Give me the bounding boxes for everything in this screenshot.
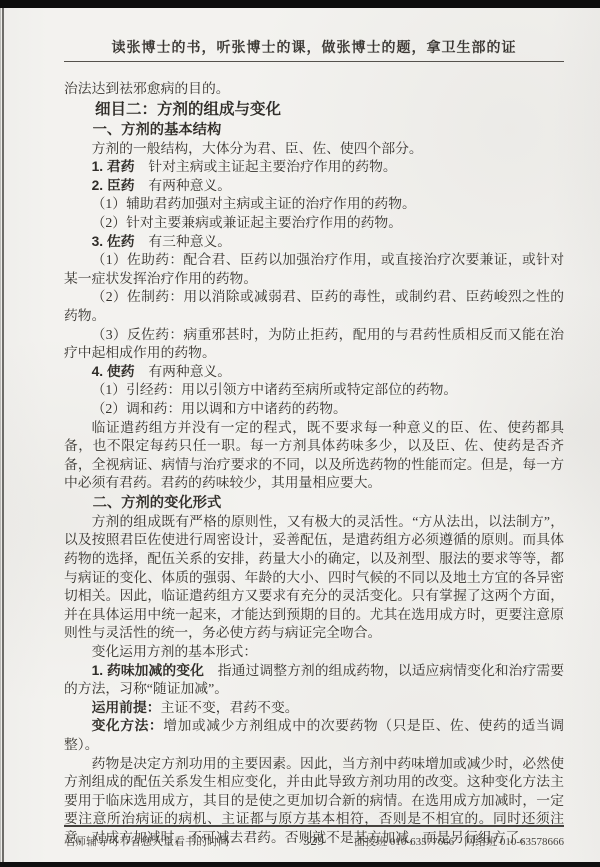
term-label: 1. 药味加减的变化 <box>92 663 204 678</box>
paragraph: （1）佐助药：配合君、臣药以加强治疗作用，或直接治疗次要兼证，或针对某一症状发挥… <box>64 251 564 288</box>
header-slogan: 读张博士的书，听张博士的课，做张博士的题，拿卫生部的证 <box>64 37 564 57</box>
term-label: 4. 使药 <box>92 364 135 379</box>
paragraph: 变化运用方剂的基本形式： <box>64 643 564 662</box>
sub-heading: 二、方剂的变化形式 <box>64 493 564 513</box>
page-body: 治法达到祛邪愈病的目的。 细目二：方剂的组成与变化 一、方剂的基本结构 方剂的一… <box>64 80 564 848</box>
term-paragraph: 4. 使药 有两种意义。 <box>64 363 564 382</box>
footer: 名师辅导可节省您大量看书的时间 329 面授班 010-63577666网络班 … <box>64 833 564 849</box>
scan-edge-left <box>2 8 4 862</box>
scan-edge-top <box>0 0 600 8</box>
footer-contact-net: 网络班 010-63578666 <box>464 836 564 848</box>
paragraph: 方剂的组成既有严格的原则性，又有极大的灵活性。“方从法出，以法制方”，以及按照君… <box>64 513 564 643</box>
paragraph: （1）引经药：用以引领方中诸药至病所或特定部位的药物。 <box>64 381 564 400</box>
paragraph: （2）针对主要兼病或兼证起主要治疗作用的药物。 <box>64 214 564 233</box>
header-rule <box>64 61 564 62</box>
term-paragraph: 变化方法：增加或减少方剂组成中的次要药物（只是臣、佐、使药的适当调整）。 <box>64 717 564 754</box>
scan-edge-bottom <box>0 862 600 867</box>
footer-contact-face: 面授班 010-63577666 <box>354 836 454 848</box>
paragraph-continuation: 治法达到祛邪愈病的目的。 <box>64 80 564 99</box>
term-label: 3. 佐药 <box>92 234 135 249</box>
footer-left-slogan: 名师辅导可节省您大量看书的时间 <box>64 833 293 849</box>
term-label: 2. 臣药 <box>92 178 135 193</box>
term-paragraph: 1. 药味加减的变化 指通过调整方剂的组成药物，以适应病情变化和治疗需要的方法，… <box>64 662 564 699</box>
paragraph: （2）佐制药：用以消除或减弱君、臣药的毒性，或制约君、臣药峻烈之性的药物。 <box>64 288 564 325</box>
footer-contact: 面授班 010-63577666网络班 010-63578666 <box>335 833 564 849</box>
paragraph: 方剂的一般结构，大体分为君、臣、佐、使四个部分。 <box>64 140 564 159</box>
paragraph: 临证遣药组方并没有一定的程式，既不要求每一种意义的臣、佐、使药都具备，也不限定每… <box>64 419 564 493</box>
term-paragraph: 3. 佐药 有三种意义。 <box>64 233 564 252</box>
term-label: 1. 君药 <box>92 159 135 174</box>
scanned-book-page: { "header": { "slogan": "读张博士的书，听张博士的课，做… <box>0 0 600 867</box>
term-label: 运用前提： <box>92 700 161 715</box>
page-number: 329 <box>293 834 335 849</box>
paragraph: （3）反佐药：病重邪甚时，为防止拒药，配用的与君药性质相反而又能在治疗中起相成作… <box>64 326 564 363</box>
sub-heading: 一、方剂的基本结构 <box>64 120 564 140</box>
term-label: 变化方法： <box>92 718 164 733</box>
paragraph: （1）辅助君药加强对主病或主证的治疗作用的药物。 <box>64 195 564 214</box>
term-paragraph: 运用前提：主证不变，君药不变。 <box>64 699 564 718</box>
term-paragraph: 2. 臣药 有两种意义。 <box>64 177 564 196</box>
footer-rule <box>64 825 564 827</box>
section-heading: 细目二：方剂的组成与变化 <box>64 99 564 120</box>
paragraph: （2）调和药：用以调和方中诸药的药物。 <box>64 400 564 419</box>
scan-edge-left-outer <box>0 8 1 862</box>
term-paragraph: 1. 君药 针对主病或主证起主要治疗作用的药物。 <box>64 158 564 177</box>
